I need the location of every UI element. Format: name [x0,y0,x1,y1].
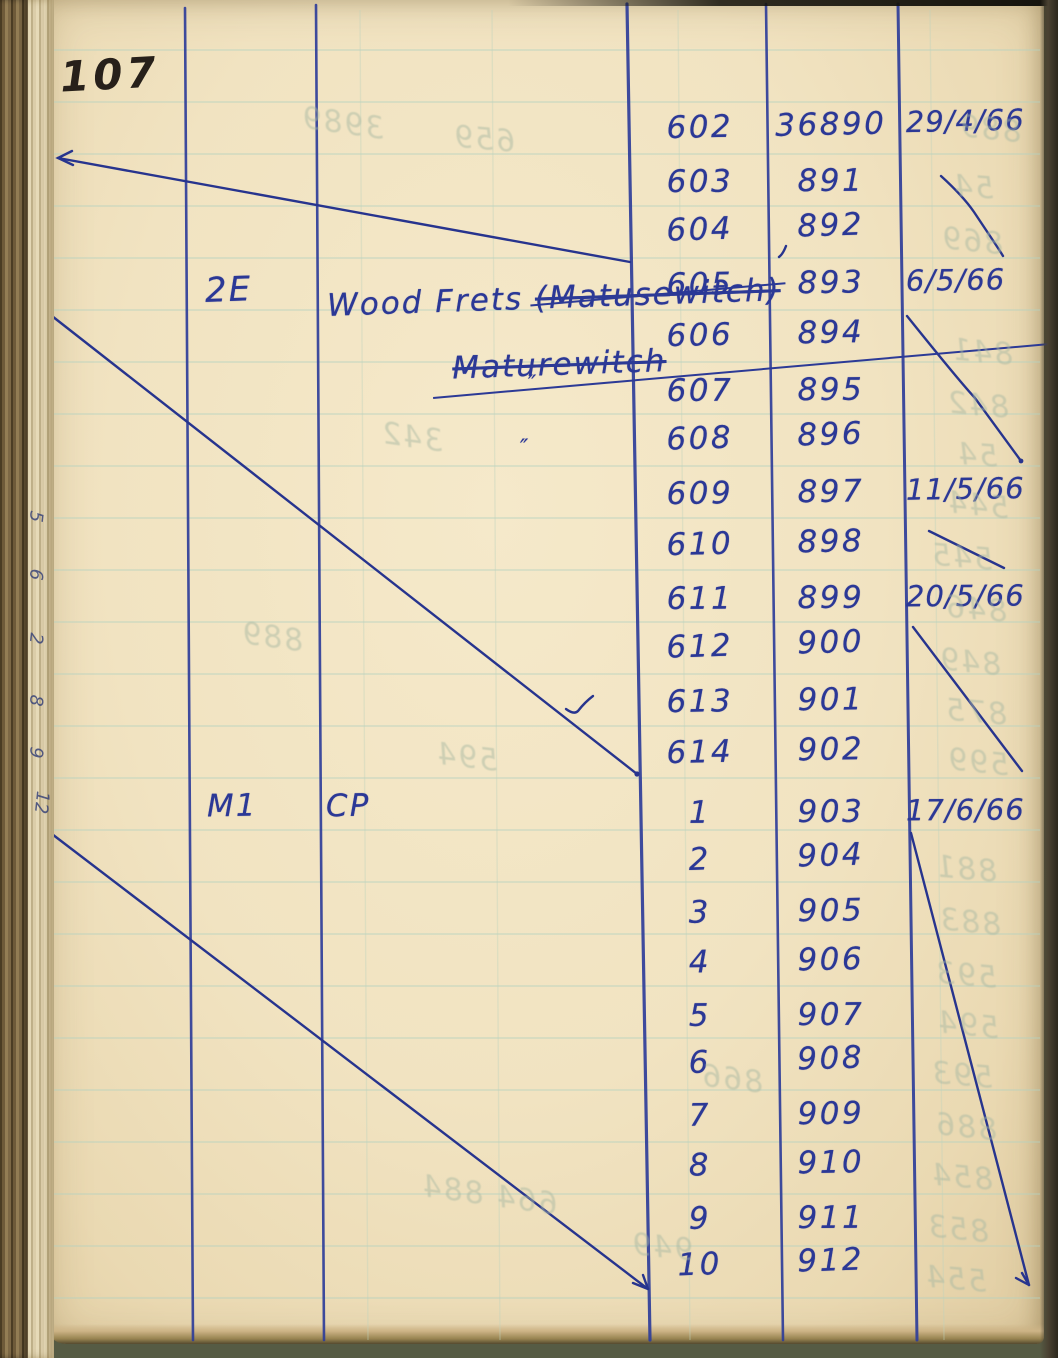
item-number: 604 [637,210,762,250]
ghost-writing: 889 [956,109,1023,150]
scan-right-edge [1040,0,1058,1358]
ghost-writing: 853 [924,1209,991,1250]
item-number: 2 [637,839,762,879]
ledger-scan: 107 2E Wood Frets (Matusewitch) Maturewi… [0,0,1058,1358]
scan-top-edge [0,0,1058,6]
item-number: 614 [637,733,762,772]
item-number: 4 [637,943,762,982]
serial-number: 904 [759,835,902,875]
item-number: 609 [638,474,762,512]
entry-date: 6/5/66 [906,262,1044,298]
page-edge-digit: 5 [25,510,47,524]
serial-number: 896 [759,414,902,454]
item-number: 611 [638,580,762,617]
page-number: 107 [59,47,161,101]
ghost-writing: 554 [923,1259,989,1299]
serial-number: 906 [759,940,902,979]
item-number: 605 [638,266,762,304]
item-number: 5 [638,997,762,1034]
item-number: 612 [637,627,762,667]
serial-number: 902 [759,730,902,769]
ghost-writing: 866 [698,1058,765,1100]
item-number: 608 [637,418,762,458]
entry-date: 17/6/66 [906,792,1044,827]
serial-number: 912 [759,1241,902,1281]
serial-number: 891 [760,162,902,199]
serial-number: 899 [760,579,902,616]
ghost-writing: 842 [945,385,1011,425]
item-number: 613 [638,683,762,721]
item-number: 606 [637,317,762,356]
page-edge-stack [28,0,54,1358]
item-number: 7 [638,1097,762,1135]
serial-number: 895 [760,371,902,408]
entry-date [906,890,1044,892]
item-number: 607 [638,372,762,409]
page-edge-digit: 2 [25,632,47,646]
ink-dot [1019,459,1024,464]
entry-date [906,995,1044,996]
item-number: 1 [638,794,762,831]
ghost-writing: 849 [936,642,1003,683]
serial-number: 893 [760,264,902,302]
ghost-writing: 54 [955,437,1000,475]
serial-number: 905 [760,892,902,930]
ghost-writing: 841 [949,332,1015,372]
item-number: 603 [638,163,762,200]
ghost-writing: 886 [932,1107,999,1148]
item-number: 610 [637,525,762,564]
serial-number: 910 [759,1143,902,1182]
ghost-writing: 593 [929,1055,995,1095]
serial-number: 36890 [759,105,902,144]
serial-number: 903 [760,793,902,830]
ghost-writing: 883 [936,902,1003,943]
serial-number: 908 [759,1038,902,1078]
serial-number: 898 [759,522,902,561]
serial-number: 901 [760,681,902,719]
ghost-writing: 869 [938,221,1005,262]
serial-number: 894 [759,314,902,353]
ghost-writing: 594 [433,736,500,778]
ghost-writing: 854 [929,1157,995,1197]
entry-date [906,161,1044,162]
ghost-writing: 659 [451,119,517,159]
ghost-writing: 949 [628,1227,695,1268]
ghost-writing: 545 [929,537,995,577]
ghost-writing: 544 [944,485,1011,526]
ghost-writing: 875 [943,692,1009,732]
book-binding [0,0,28,1358]
ghost-writing: 846 [943,589,1009,629]
item-number: 8 [637,1146,762,1185]
ghost-writing: 599 [944,742,1011,783]
page-edge-digit: 8 [25,694,47,708]
page-edge-digit: 9 [25,746,47,760]
ghost-writing: 881 [933,849,999,889]
serial-number: 900 [759,622,902,662]
serial-number: 907 [760,996,902,1033]
ghost-writing: 54 [951,169,996,207]
ghost-writing: 593 [933,955,999,995]
page-edge-digit: 12 [30,790,53,815]
item-number: 3 [638,894,762,932]
serial-number: 892 [759,205,902,245]
page-edge-digit: 6 [25,568,47,582]
ghost-writing: 594 [934,1005,1001,1046]
serial-number: 897 [760,472,902,510]
serial-number: 911 [760,1199,902,1236]
item-number: 602 [637,108,762,147]
serial-number: 909 [760,1095,902,1133]
